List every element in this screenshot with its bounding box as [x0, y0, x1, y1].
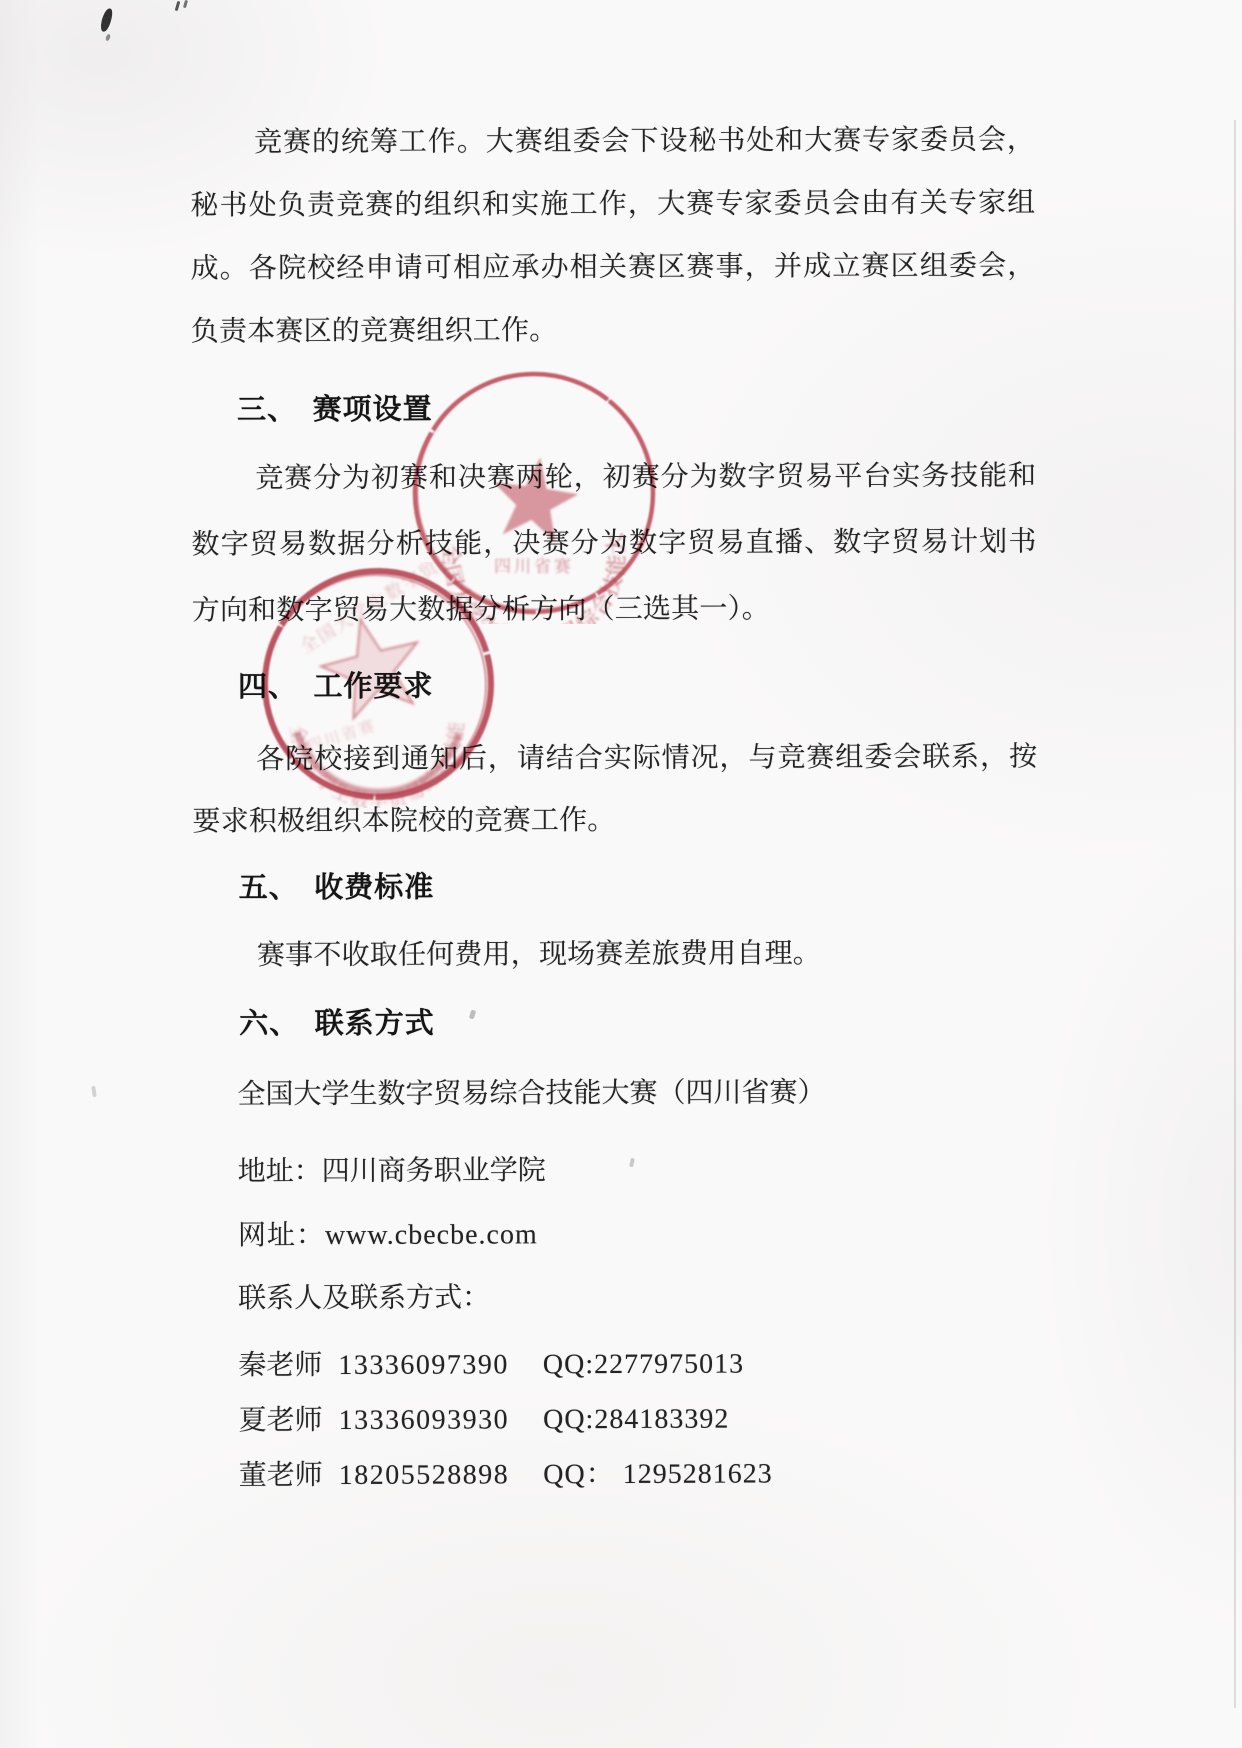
contact-qq: QQ： 1295281623	[543, 1446, 773, 1502]
ink-smudge	[105, 34, 111, 42]
section-heading-5: 五、 收费标准	[239, 865, 1038, 910]
ink-smudge	[99, 7, 114, 32]
contact-row: 秦老师 13336097390 QQ:2277975013	[238, 1336, 1039, 1394]
contact-row: 夏老师 13336093930 QQ:284183392	[238, 1391, 1039, 1449]
document-content: 竞赛的统筹工作。大赛组委会下设秘书处和大赛专家委员会，秘书处负责竞赛的组织和实施…	[190, 109, 1040, 1504]
contact-qq: QQ:284183392	[543, 1392, 729, 1448]
contact-qq: QQ:2277975013	[543, 1337, 744, 1393]
ink-speck	[91, 1086, 96, 1097]
section-body-4: 各院校接到通知后，请结合实际情况，与竞赛组委会联系，按要求积极组织本院校的竞赛工…	[192, 727, 1037, 854]
contact-phone: 18205528898	[339, 1447, 510, 1503]
competition-name-line: 全国大学生数字贸易综合技能大赛（四川省赛）	[237, 1062, 1038, 1127]
address-line: 地址：四川商务职业学院	[238, 1139, 1039, 1204]
contacts-label: 联系人及联系方式：	[238, 1266, 1039, 1331]
contact-name: 秦老师	[238, 1338, 322, 1393]
contact-phone: 13336097390	[338, 1337, 509, 1393]
website-line: 网址：www.cbecbe.com	[238, 1203, 1039, 1268]
section-heading-6: 六、 联系方式	[239, 1001, 1038, 1046]
section-body-3: 竞赛分为初赛和决赛两轮，初赛分为数字贸易平台实务技能和数字贸易数据分析技能，决赛…	[191, 444, 1037, 645]
ink-tick-mark	[175, 1, 181, 11]
contact-name: 夏老师	[238, 1393, 322, 1448]
section-heading-4: 四、 工作要求	[238, 664, 1037, 709]
contact-row: 董老师 18205528898 QQ： 1295281623	[239, 1446, 1040, 1504]
ink-tick-mark	[183, 0, 188, 8]
contact-name: 董老师	[239, 1448, 323, 1503]
section-heading-3: 三、 赛项设置	[237, 387, 1036, 432]
contact-phone: 13336093930	[338, 1392, 509, 1448]
intro-paragraph: 竞赛的统筹工作。大赛组委会下设秘书处和大赛专家委员会，秘书处负责竞赛的组织和实施…	[190, 109, 1036, 364]
document-page: 竞赛的统筹工作。大赛组委会下设秘书处和大赛专家委员会，秘书处负责竞赛的组织和实施…	[0, 0, 1242, 1748]
section-body-5: 赛事不收取任何费用，现场赛差旅费用自理。	[193, 923, 1038, 988]
contact-list: 秦老师 13336097390 QQ:2277975013 夏老师 133360…	[194, 1336, 1040, 1504]
scan-edge-line	[1234, 120, 1236, 1708]
